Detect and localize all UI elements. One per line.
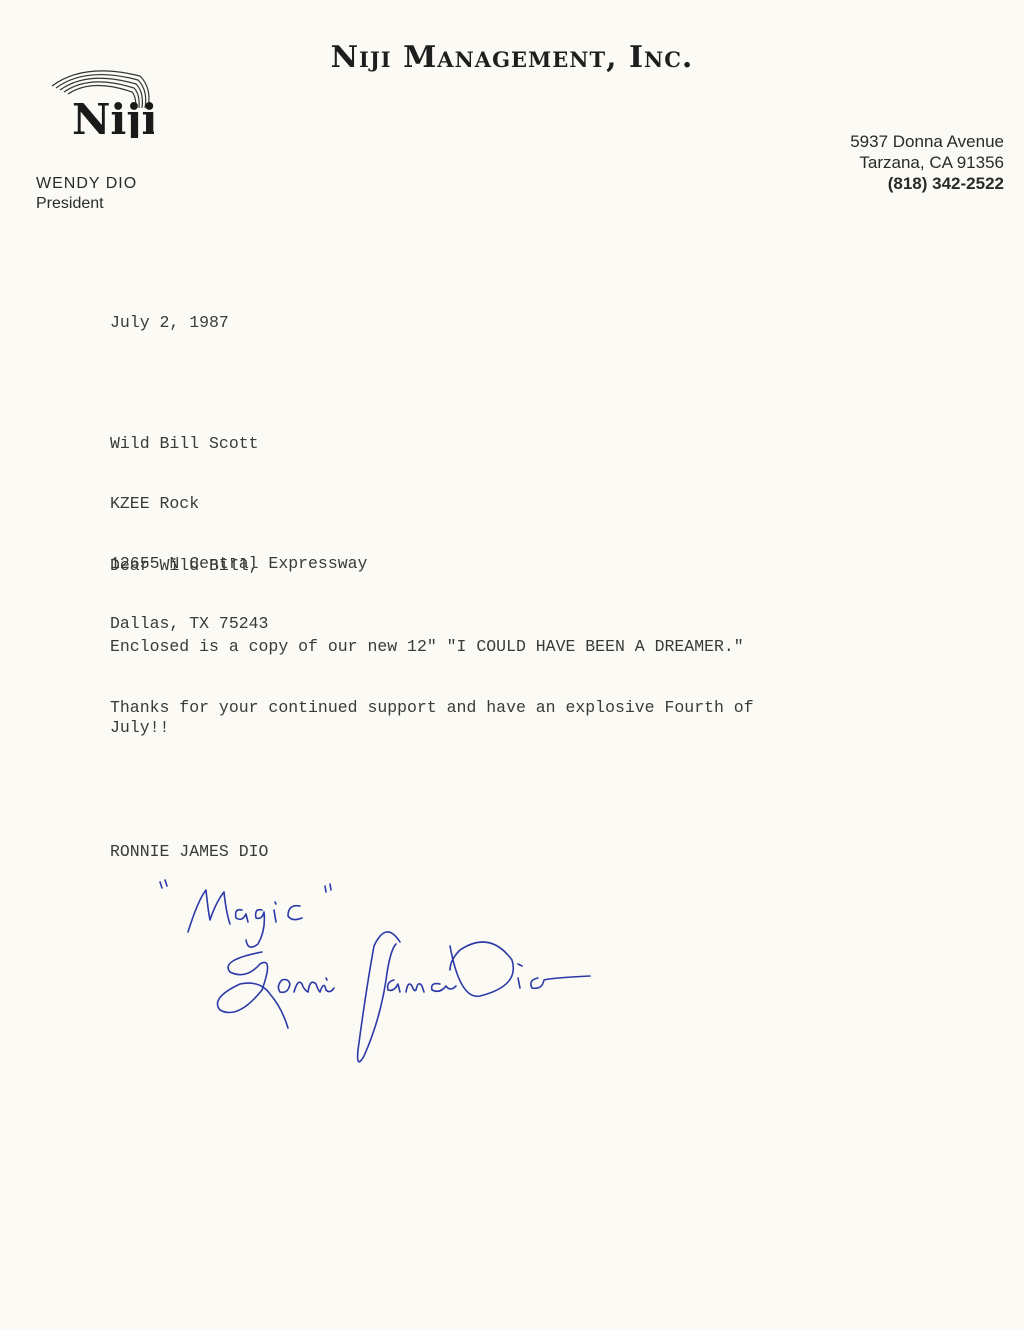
body-paragraph-2: Thanks for your continued support and ha… [110,698,754,738]
address-line-1: 5937 Donna Avenue [850,131,1004,152]
company-address: 5937 Donna Avenue Tarzana, CA 91356 (818… [850,131,1004,194]
phone-number: (818) 342-2522 [850,173,1004,194]
recipient-address: Wild Bill Scott KZEE Rock 12655 N Centra… [110,394,367,674]
signatory-name: RONNIE JAMES DIO [110,842,268,862]
svg-text:Niji: Niji [72,95,154,138]
officer-title: President [36,194,137,214]
salutation: Dear Wild Bill, [110,556,259,576]
letter-date: July 2, 1987 [110,313,229,333]
officer-block: WENDY DIO President [36,174,137,214]
recipient-city: Dallas, TX 75243 [110,614,367,634]
recipient-company: KZEE Rock [110,494,367,514]
officer-name: WENDY DIO [36,174,137,194]
handwritten-signature [150,860,620,1080]
address-line-2: Tarzana, CA 91356 [850,152,1004,173]
letter-page: Niji Niji Management, Inc. WENDY DIO Pre… [0,0,1024,1330]
body-paragraph-1: Enclosed is a copy of our new 12" "I COU… [110,637,744,657]
recipient-name: Wild Bill Scott [110,434,367,454]
company-name: Niji Management, Inc. [0,40,1024,75]
